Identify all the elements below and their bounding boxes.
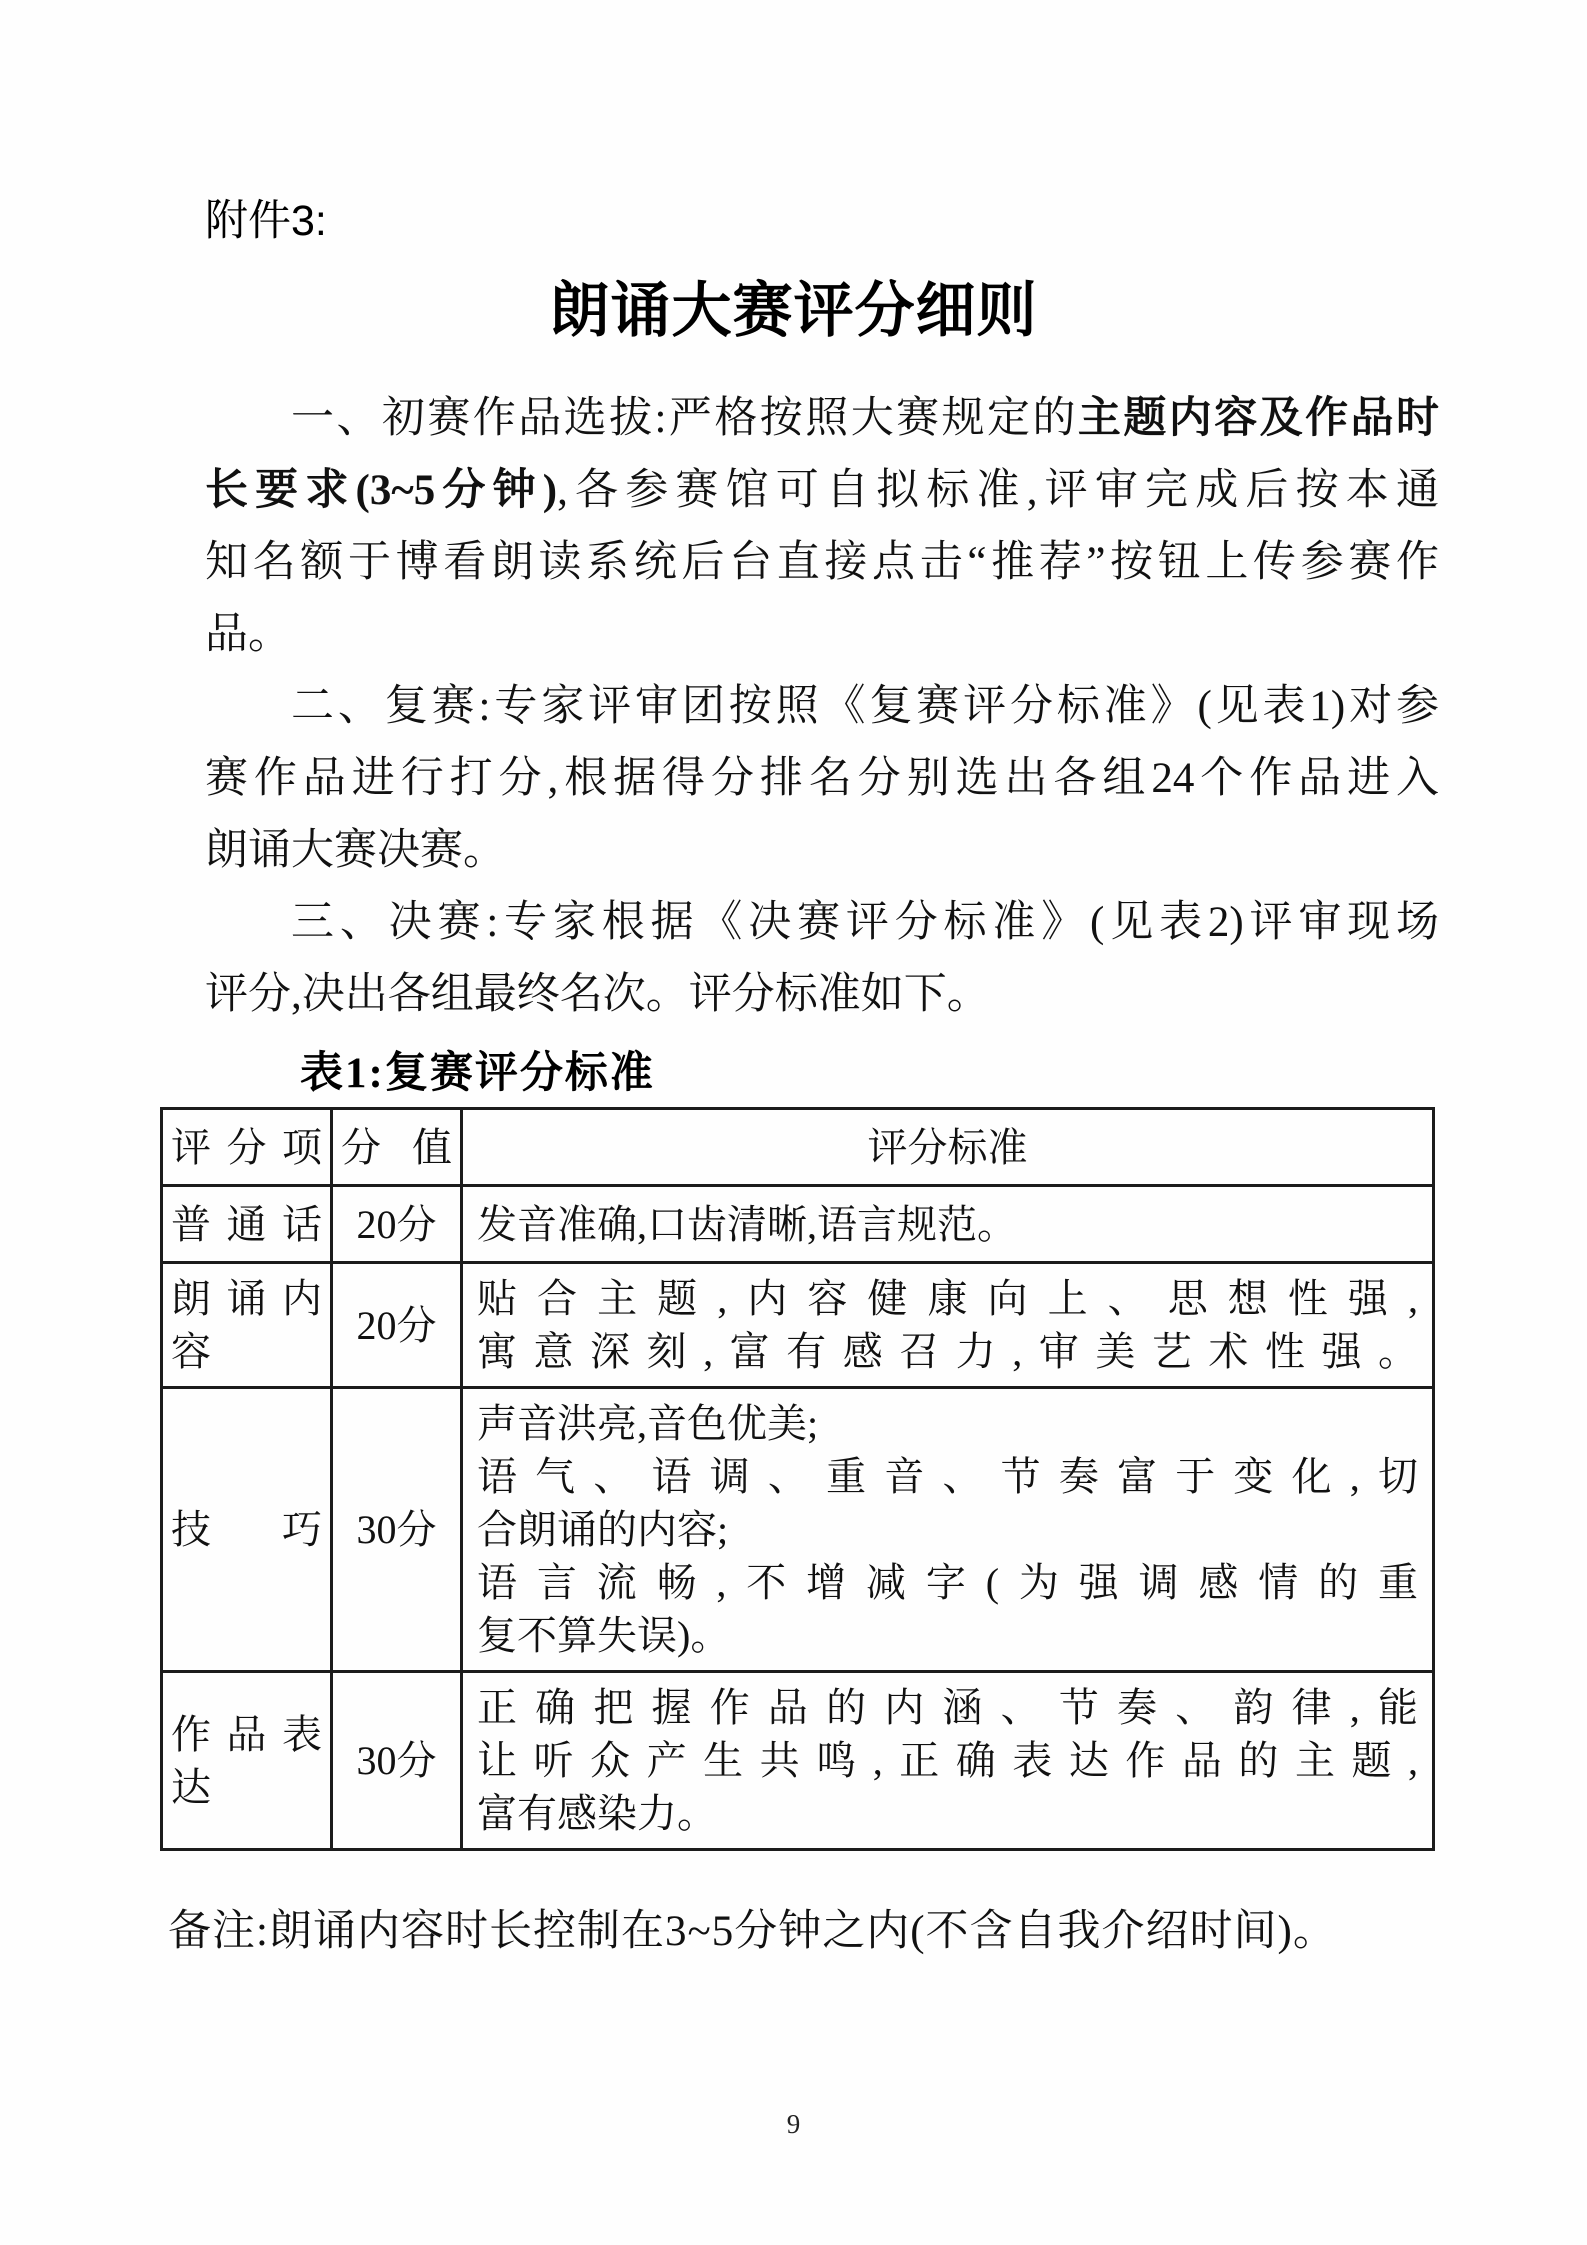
document-title: 朗诵大赛评分细则 — [0, 279, 1587, 343]
scoring-table: 评分项 分值 评分标准 普通话 20分 发音准确,口齿清晰,语言规范。 朗诵内容… — [160, 1107, 1435, 1851]
criteria-cell: 发音准确,口齿清晰,语言规范。 — [462, 1186, 1434, 1263]
table-header-row: 评分项 分值 评分标准 — [162, 1109, 1434, 1186]
paragraph-line: 赛作品进行打分,根据得分排名分别选出各组24个作品进入 — [205, 743, 1439, 815]
item-cell: 普通话 — [162, 1186, 332, 1263]
criteria-line: 寓意深刻,富有感召力,审美艺术性强。 — [477, 1325, 1418, 1378]
document-page: 附件3: 朗诵大赛评分细则 一、初赛作品选拔:严格按照大赛规定的主题内容及作品时… — [0, 0, 1587, 2245]
footer-note: 备注:朗诵内容时长控制在3~5分钟之内(不含自我介绍时间)。 — [168, 1906, 1587, 1958]
table-row: 作品表达 30分 正确把握作品的内涵、节奏、韵律,能 让听众产生共鸣,正确表达作… — [162, 1672, 1434, 1850]
criteria-line: 复不算失误)。 — [477, 1609, 1418, 1662]
page-number: 9 — [0, 2108, 1587, 2140]
paragraph-line: 朗诵大赛决赛。 — [205, 815, 1439, 887]
item-cell: 技巧 — [162, 1388, 332, 1672]
criteria-line: 让听众产生共鸣,正确表达作品的主题, — [477, 1734, 1418, 1787]
item-cell: 作品表达 — [162, 1672, 332, 1850]
criteria-line: 语言流畅,不增减字(为强调感情的重 — [477, 1556, 1418, 1609]
bold-text-segment: 长要求(3~5分钟) — [205, 467, 557, 514]
criteria-line: 声音洪亮,音色优美; — [477, 1397, 1418, 1450]
paragraph-1: 一、初赛作品选拔:严格按照大赛规定的主题内容及作品时 长要求(3~5分钟),各参… — [205, 383, 1439, 671]
paragraph-3: 三、决赛:专家根据《决赛评分标准》(见表2)评审现场 评分,决出各组最终名次。评… — [205, 887, 1439, 1031]
criteria-line: 贴合主题,内容健康向上、思想性强, — [477, 1272, 1418, 1325]
score-cell: 30分 — [332, 1672, 462, 1850]
header-cell-criteria: 评分标准 — [462, 1109, 1434, 1186]
criteria-line: 语气、语调、重音、节奏富于变化,切 — [477, 1450, 1418, 1503]
score-cell: 20分 — [332, 1263, 462, 1388]
criteria-cell: 声音洪亮,音色优美; 语气、语调、重音、节奏富于变化,切 合朗诵的内容; 语言流… — [462, 1388, 1434, 1672]
attachment-label: 附件3: — [205, 195, 1587, 247]
table-row: 技巧 30分 声音洪亮,音色优美; 语气、语调、重音、节奏富于变化,切 合朗诵的… — [162, 1388, 1434, 1672]
paragraph-line: 二、复赛:专家评审团按照《复赛评分标准》(见表1)对参 — [205, 671, 1439, 743]
criteria-cell: 正确把握作品的内涵、节奏、韵律,能 让听众产生共鸣,正确表达作品的主题, 富有感… — [462, 1672, 1434, 1850]
score-cell: 30分 — [332, 1388, 462, 1672]
score-cell: 20分 — [332, 1186, 462, 1263]
header-cell-item: 评分项 — [162, 1109, 332, 1186]
criteria-cell: 贴合主题,内容健康向上、思想性强, 寓意深刻,富有感召力,审美艺术性强。 — [462, 1263, 1434, 1388]
table-row: 普通话 20分 发音准确,口齿清晰,语言规范。 — [162, 1186, 1434, 1263]
bold-text-segment: 主题内容及作品时 — [1078, 395, 1439, 442]
paragraph-line: 品。 — [205, 599, 1439, 671]
criteria-line: 正确把握作品的内涵、节奏、韵律,能 — [477, 1681, 1418, 1734]
item-cell: 朗诵内容 — [162, 1263, 332, 1388]
text-segment: ,各参赛馆可自拟标准,评审完成后按本通 — [557, 467, 1439, 514]
header-cell-score: 分值 — [332, 1109, 462, 1186]
paragraph-line: 知名额于博看朗读系统后台直接点击“推荐”按钮上传参赛作 — [205, 527, 1439, 599]
paragraph-line: 长要求(3~5分钟),各参赛馆可自拟标准,评审完成后按本通 — [205, 455, 1439, 527]
paragraph-line: 评分,决出各组最终名次。评分标准如下。 — [205, 959, 1439, 1031]
criteria-line: 发音准确,口齿清晰,语言规范。 — [477, 1198, 1418, 1251]
table-caption: 表1:复赛评分标准 — [300, 1049, 1587, 1099]
paragraph-2: 二、复赛:专家评审团按照《复赛评分标准》(见表1)对参 赛作品进行打分,根据得分… — [205, 671, 1439, 887]
paragraph-line: 三、决赛:专家根据《决赛评分标准》(见表2)评审现场 — [205, 887, 1439, 959]
criteria-line: 富有感染力。 — [477, 1787, 1418, 1840]
table-row: 朗诵内容 20分 贴合主题,内容健康向上、思想性强, 寓意深刻,富有感召力,审美… — [162, 1263, 1434, 1388]
document-body: 一、初赛作品选拔:严格按照大赛规定的主题内容及作品时 长要求(3~5分钟),各参… — [205, 383, 1439, 1031]
paragraph-line: 一、初赛作品选拔:严格按照大赛规定的主题内容及作品时 — [205, 383, 1439, 455]
criteria-line: 合朗诵的内容; — [477, 1503, 1418, 1556]
text-segment: 一、初赛作品选拔:严格按照大赛规定的 — [291, 395, 1078, 442]
